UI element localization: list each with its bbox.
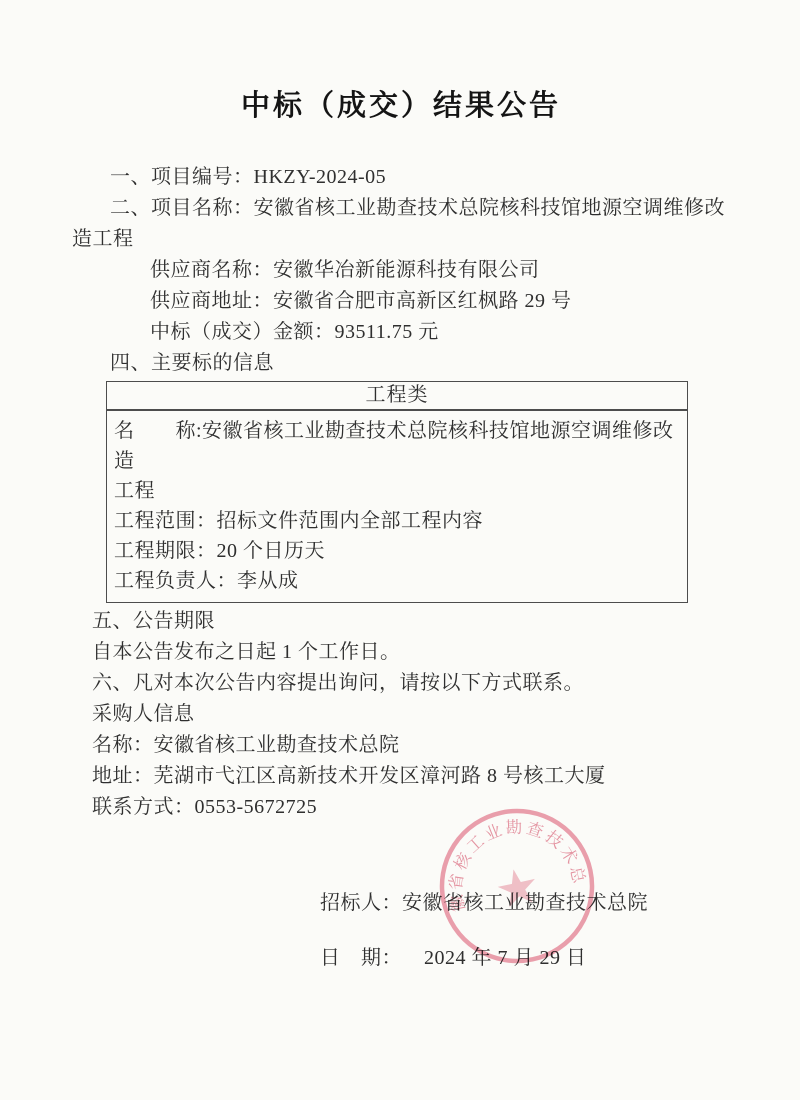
line-supplier-address: 供应商地址：安徽省合肥市高新区红枫路 29 号 bbox=[72, 286, 730, 317]
table-row-name-wrap: 工程 bbox=[114, 476, 680, 506]
table-row-name: 名 称:安徽省核工业勘查技术总院核科技馆地源空调维修改造 bbox=[114, 416, 680, 476]
line-project-name-wrap: 造工程 bbox=[72, 224, 730, 255]
line-notice-period-heading: 五、公告期限 bbox=[72, 606, 730, 637]
line-notice-period-value: 自本公告发布之日起 1 个工作日。 bbox=[72, 637, 730, 668]
table-row-duration: 工程期限：20 个日历天 bbox=[114, 536, 680, 566]
line-purchaser-address: 地址：芜湖市弋江区高新技术开发区漳河路 8 号核工大厦 bbox=[72, 761, 730, 792]
announcement-document: 中标（成交）结果公告 一、项目编号：HKZY-2024-05 二、项目名称：安徽… bbox=[0, 0, 800, 1100]
page-title: 中标（成交）结果公告 bbox=[72, 86, 730, 126]
line-purchaser-contact: 联系方式：0553-5672725 bbox=[72, 792, 730, 823]
table-header-project-class: 工程类 bbox=[107, 382, 687, 411]
line-supplier-name: 供应商名称：安徽华冶新能源科技有限公司 bbox=[72, 255, 730, 286]
document-content: 中标（成交）结果公告 一、项目编号：HKZY-2024-05 二、项目名称：安徽… bbox=[0, 0, 800, 974]
table-body: 名 称:安徽省核工业勘查技术总院核科技馆地源空调维修改造 工程 工程范围：招标文… bbox=[107, 411, 687, 602]
date-value: 2024 年 7 月 29 日 bbox=[424, 947, 587, 969]
line-project-name: 二、项目名称：安徽省核工业勘查技术总院核科技馆地源空调维修改 bbox=[72, 193, 730, 224]
issuer-label: 招标人： bbox=[320, 892, 402, 914]
line-inquiry-notice: 六、凡对本次公告内容提出询问，请按以下方式联系。 bbox=[72, 668, 730, 699]
line-award-amount: 中标（成交）金额：93511.75 元 bbox=[72, 317, 730, 348]
table-row-manager: 工程负责人：李从成 bbox=[114, 566, 680, 596]
signature-block: 招标人：安徽省核工业勘查技术总院 日 期：2024 年 7 月 29 日 bbox=[320, 887, 730, 974]
date-line: 日 期：2024 年 7 月 29 日 bbox=[320, 942, 730, 974]
date-label: 日 期： bbox=[320, 947, 402, 969]
line-main-subject-heading: 四、主要标的信息 bbox=[72, 348, 730, 379]
issuer-line: 招标人：安徽省核工业勘查技术总院 bbox=[320, 887, 730, 919]
line-purchaser-info-heading: 采购人信息 bbox=[72, 699, 730, 730]
main-subject-table: 工程类 名 称:安徽省核工业勘查技术总院核科技馆地源空调维修改造 工程 工程范围… bbox=[106, 381, 688, 603]
table-row-scope: 工程范围：招标文件范围内全部工程内容 bbox=[114, 506, 680, 536]
line-project-number: 一、项目编号：HKZY-2024-05 bbox=[72, 162, 730, 193]
issuer-name: 安徽省核工业勘查技术总院 bbox=[402, 892, 648, 914]
line-purchaser-name: 名称：安徽省核工业勘查技术总院 bbox=[72, 730, 730, 761]
